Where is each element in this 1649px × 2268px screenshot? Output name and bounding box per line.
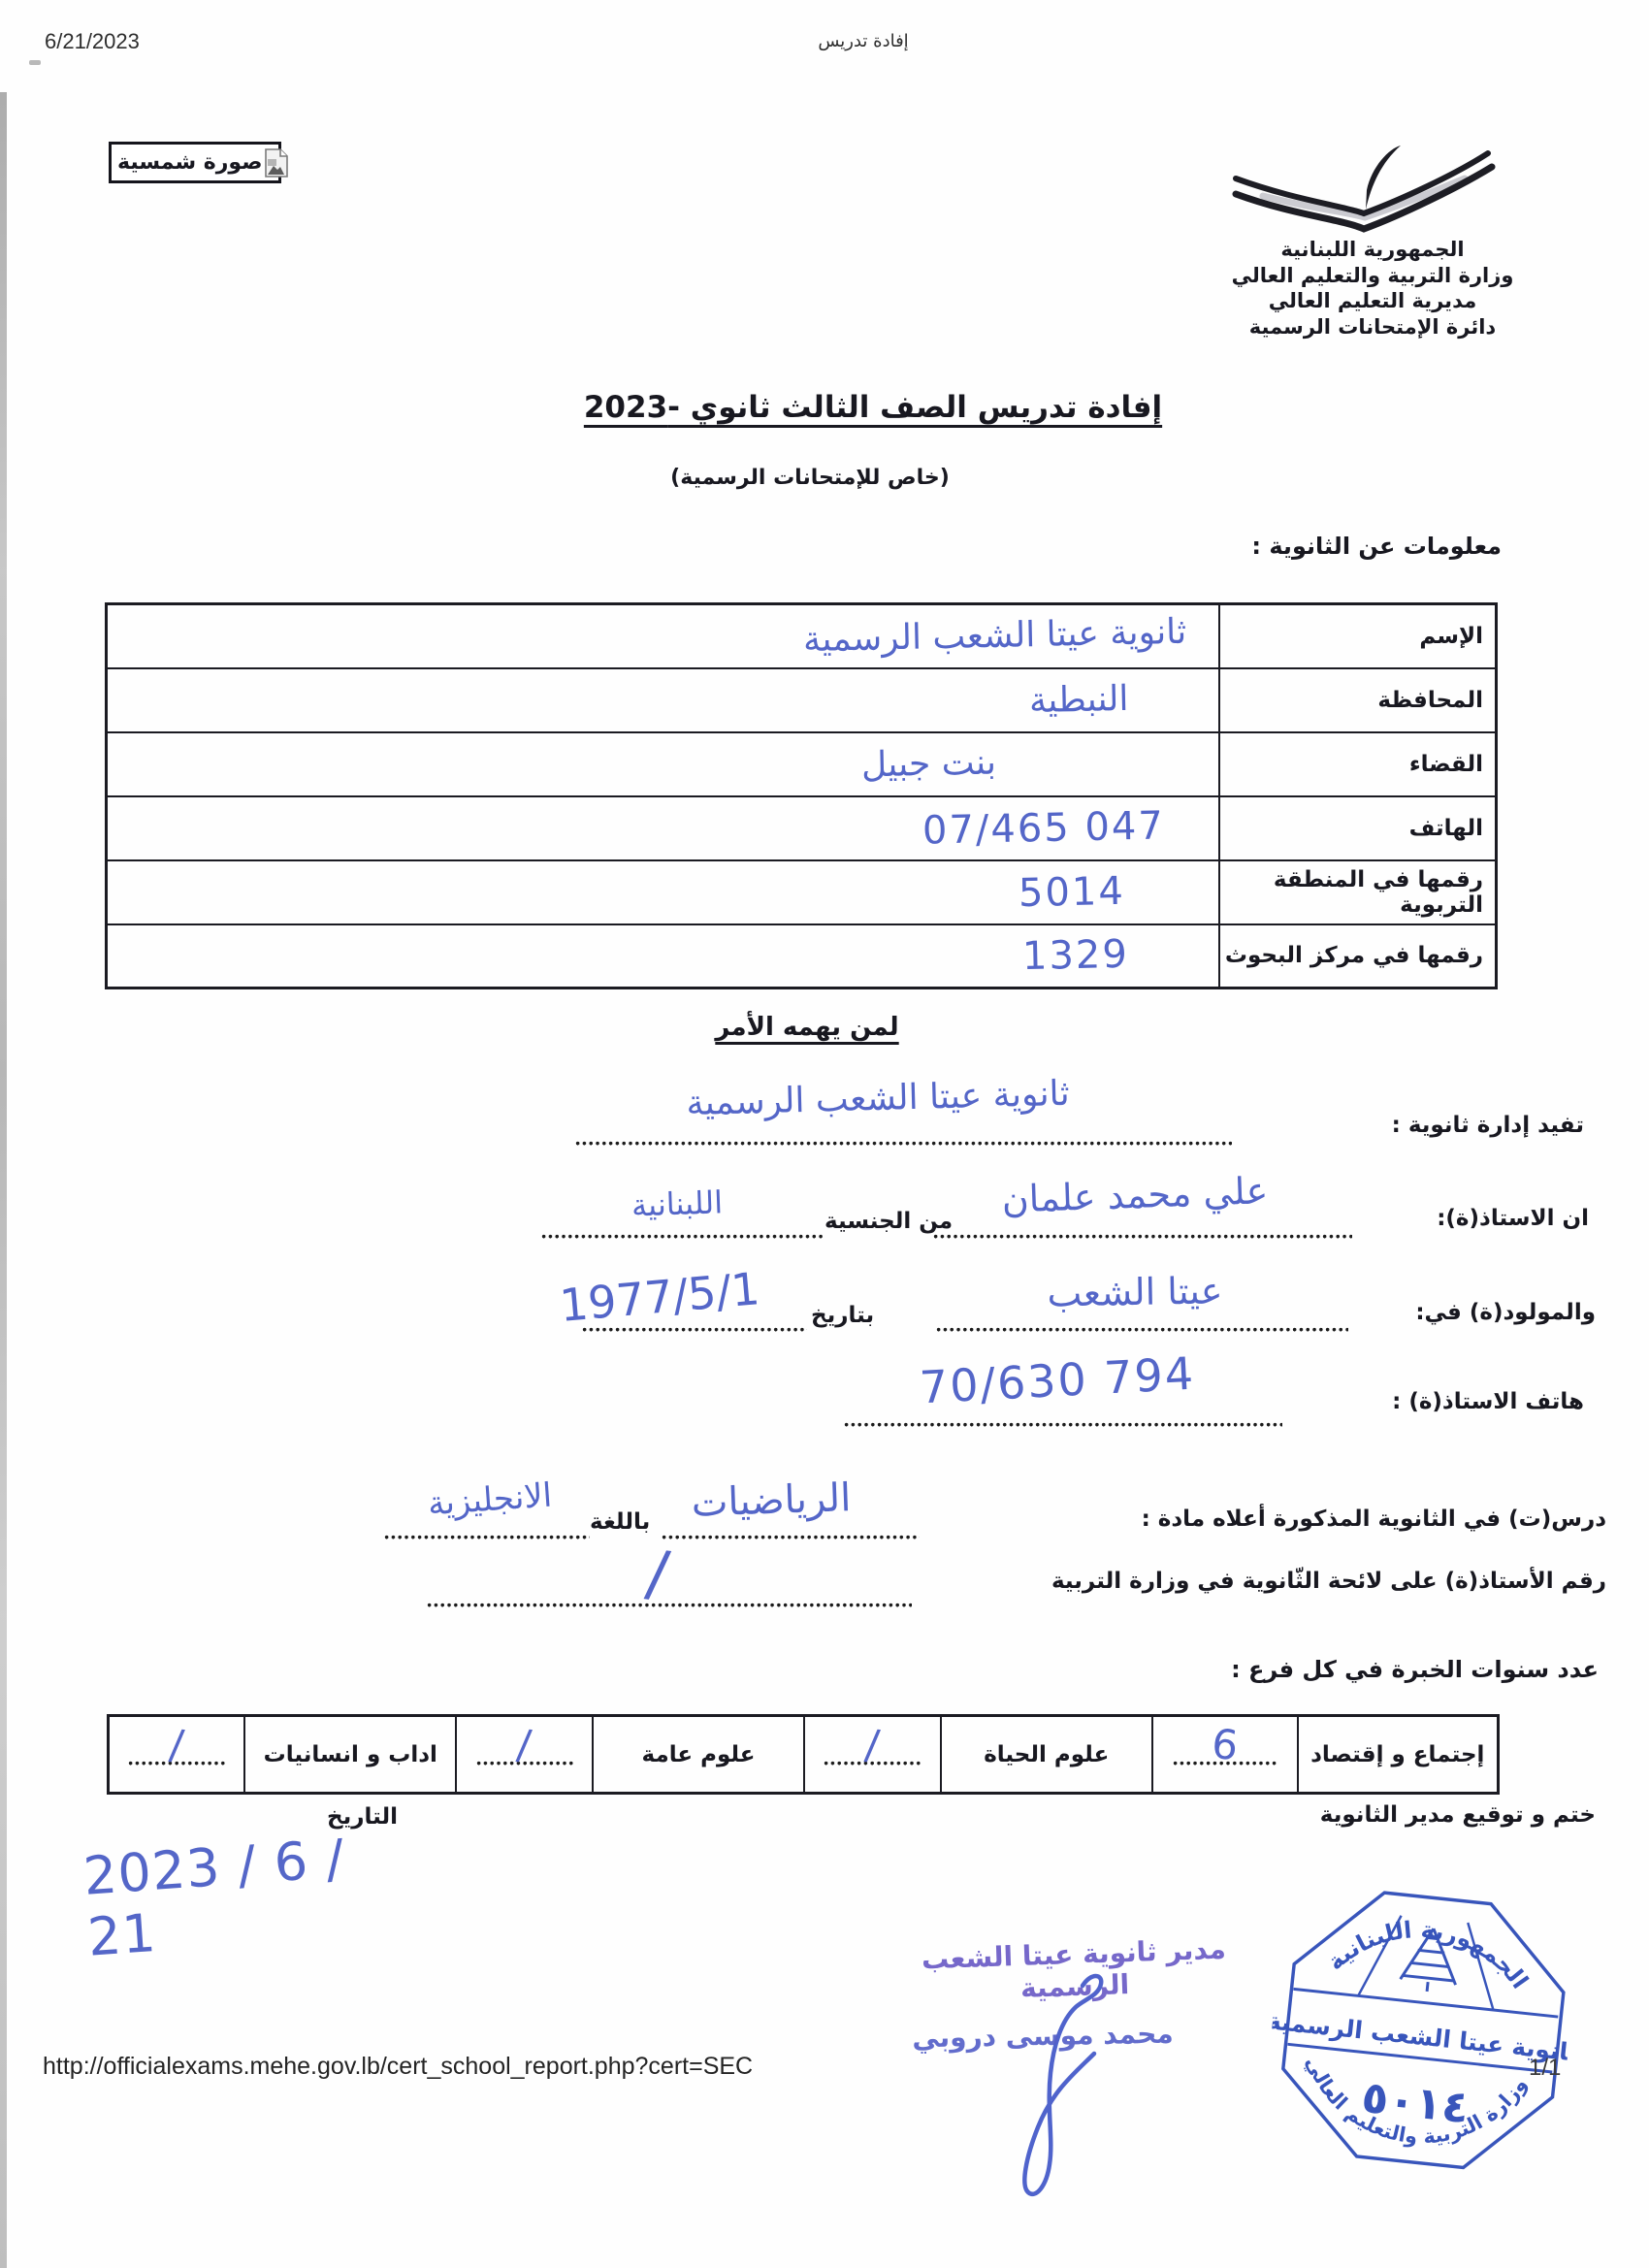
letter-line5-label: درس(ت) في الثانوية المذكورة أعلاه مادة : bbox=[1142, 1507, 1606, 1532]
school-info-label: الإسم bbox=[1219, 604, 1497, 668]
letter-line1-dots bbox=[575, 1141, 1232, 1146]
letter-line6-label: رقم الأستاذ(ة) على لائحة الثّانوية في وز… bbox=[1051, 1569, 1606, 1594]
letter-line2-mid-label: من الجنسية bbox=[824, 1209, 953, 1234]
school-info-row: القضاء بنت جبيل bbox=[107, 732, 1497, 796]
print-date: 6/21/2023 bbox=[45, 29, 140, 54]
school-info-row: الهاتف 07/465 047 bbox=[107, 796, 1497, 860]
school-info-value: ثانوية عيتا الشعب الرسمية bbox=[107, 604, 1219, 668]
ministry-line-ministry: وزارة التربية والتعليم العالي bbox=[1201, 263, 1544, 289]
source-url: http://officialexams.mehe.gov.lb/cert_sc… bbox=[43, 2053, 753, 2081]
broken-image-icon bbox=[264, 147, 289, 178]
experience-branch-value: / bbox=[456, 1716, 593, 1794]
scan-edge-artifact bbox=[0, 92, 7, 2268]
letter-line2-handwriting-nationality: اللبنانية bbox=[531, 1181, 823, 1227]
letter-line5-dots-subject bbox=[662, 1535, 920, 1539]
experience-branch-label: إجتماع و إقتصاد bbox=[1298, 1716, 1499, 1794]
experience-table: إجتماع و إقتصاد 6 علوم الحياة / علوم عام… bbox=[107, 1714, 1500, 1795]
ministry-line-directorate: مديرية التعليم العالي bbox=[1201, 288, 1544, 314]
letter-line5-handwriting-subject: الرياضيات bbox=[610, 1473, 931, 1528]
school-info-row: المحافظة النبطية bbox=[107, 668, 1497, 732]
letter-line4-label: هاتف الاستاذ(ة) : bbox=[1392, 1389, 1584, 1414]
experience-branch-label: علوم عامة bbox=[593, 1716, 804, 1794]
letter-line1-label: تفيد إدارة ثانوية : bbox=[1392, 1113, 1584, 1138]
experience-branch-label: علوم الحياة bbox=[941, 1716, 1152, 1794]
letter-heading: لمن يهمه الأمر bbox=[0, 1013, 1614, 1042]
school-info-label: رقمها في المنطقة التربوية bbox=[1219, 860, 1497, 924]
school-info-table: الإسم ثانوية عيتا الشعب الرسمية المحافظة… bbox=[105, 602, 1498, 989]
school-info-value: 1329 bbox=[107, 924, 1219, 988]
page-number: 1/1 bbox=[1529, 2055, 1561, 2082]
ministry-line-republic: الجمهورية اللبنانية bbox=[1201, 237, 1544, 263]
document-title: إفادة تدريس الصف الثالث ثانوي -2023 bbox=[97, 390, 1649, 425]
school-info-value: النبطية bbox=[107, 668, 1219, 732]
photo-box-label: صورة شمسية bbox=[117, 150, 262, 175]
letter-line3-label: والمولود(ة) في: bbox=[1415, 1300, 1596, 1325]
school-info-row: رقمها في المنطقة التربوية 5014 bbox=[107, 860, 1497, 924]
school-info-label: رقمها في مركز البحوث bbox=[1219, 924, 1497, 988]
stamp-signature-label: ختم و توقيع مدير الثانوية bbox=[1320, 1802, 1596, 1828]
document-subtitle: (خاص للإمتحانات الرسمية) bbox=[0, 466, 1620, 490]
letter-line6-handwriting-slash: / bbox=[624, 1535, 692, 1614]
scan-speck bbox=[29, 60, 41, 65]
school-info-label: المحافظة bbox=[1219, 668, 1497, 732]
school-info-heading: معلومات عن الثانوية : bbox=[1251, 533, 1502, 560]
experience-heading: عدد سنوات الخبرة في كل فرع : bbox=[1231, 1656, 1599, 1683]
school-info-row: رقمها في مركز البحوث 1329 bbox=[107, 924, 1497, 988]
letter-line4-dots bbox=[844, 1422, 1282, 1427]
ministry-header: الجمهورية اللبنانية وزارة التربية والتعل… bbox=[1201, 237, 1544, 340]
letter-line5-dots-language bbox=[384, 1535, 590, 1539]
letter-line3-handwriting-birthplace: عيتا الشعب bbox=[921, 1267, 1349, 1317]
letter-line2-handwriting-name: علي محمد علمان bbox=[911, 1166, 1358, 1224]
experience-branch-value: 6 bbox=[1152, 1716, 1298, 1794]
official-school-stamp: الجمهورية اللبنانية ثانوية عيتا الشعب ال… bbox=[1258, 1871, 1583, 2187]
date-handwriting: 2023 / 6 / 21 bbox=[81, 1825, 390, 1967]
letter-line2-label: ان الاستاذ(ة): bbox=[1437, 1206, 1589, 1231]
school-info-value: 5014 bbox=[107, 860, 1219, 924]
director-name-stamp: محمد موسى دروبي bbox=[873, 2017, 1213, 2055]
school-info-label: القضاء bbox=[1219, 732, 1497, 796]
letter-line1-handwriting: ثانوية عيتا الشعب الرسمية bbox=[524, 1069, 1233, 1127]
letter-line4-handwriting-phone: 70/630 794 bbox=[833, 1343, 1281, 1418]
experience-branch-value: / bbox=[109, 1716, 245, 1794]
print-doc-name: إفادة تدريس bbox=[766, 31, 960, 51]
letter-line3-dots-birthplace bbox=[936, 1327, 1348, 1332]
ministry-line-exams-dept: دائرة الإمتحانات الرسمية bbox=[1201, 314, 1544, 340]
scanned-teaching-certificate: 6/21/2023 إفادة تدريس صورة شمسية الجمهور… bbox=[0, 0, 1649, 2268]
ministry-book-logo bbox=[1224, 140, 1507, 235]
letter-line3-dots-birthdate bbox=[582, 1327, 807, 1332]
school-info-row: الإسم ثانوية عيتا الشعب الرسمية bbox=[107, 604, 1497, 668]
letter-line5-handwriting-language: الانجليزية bbox=[358, 1472, 622, 1529]
letter-line2-dots-nationality bbox=[541, 1234, 823, 1239]
letter-line2-dots-name bbox=[933, 1234, 1352, 1239]
letter-line5-mid-label: باللغة bbox=[590, 1509, 650, 1535]
experience-branch-label: اداب و انسانيات bbox=[244, 1716, 456, 1794]
experience-branch-value: / bbox=[804, 1716, 941, 1794]
school-info-value: 07/465 047 bbox=[107, 796, 1219, 860]
experience-row: إجتماع و إقتصاد 6 علوم الحياة / علوم عام… bbox=[109, 1716, 1499, 1794]
photo-placeholder-box: صورة شمسية bbox=[109, 142, 281, 183]
director-signature bbox=[999, 1964, 1125, 2213]
school-info-label: الهاتف bbox=[1219, 796, 1497, 860]
school-info-value: بنت جبيل bbox=[107, 732, 1219, 796]
